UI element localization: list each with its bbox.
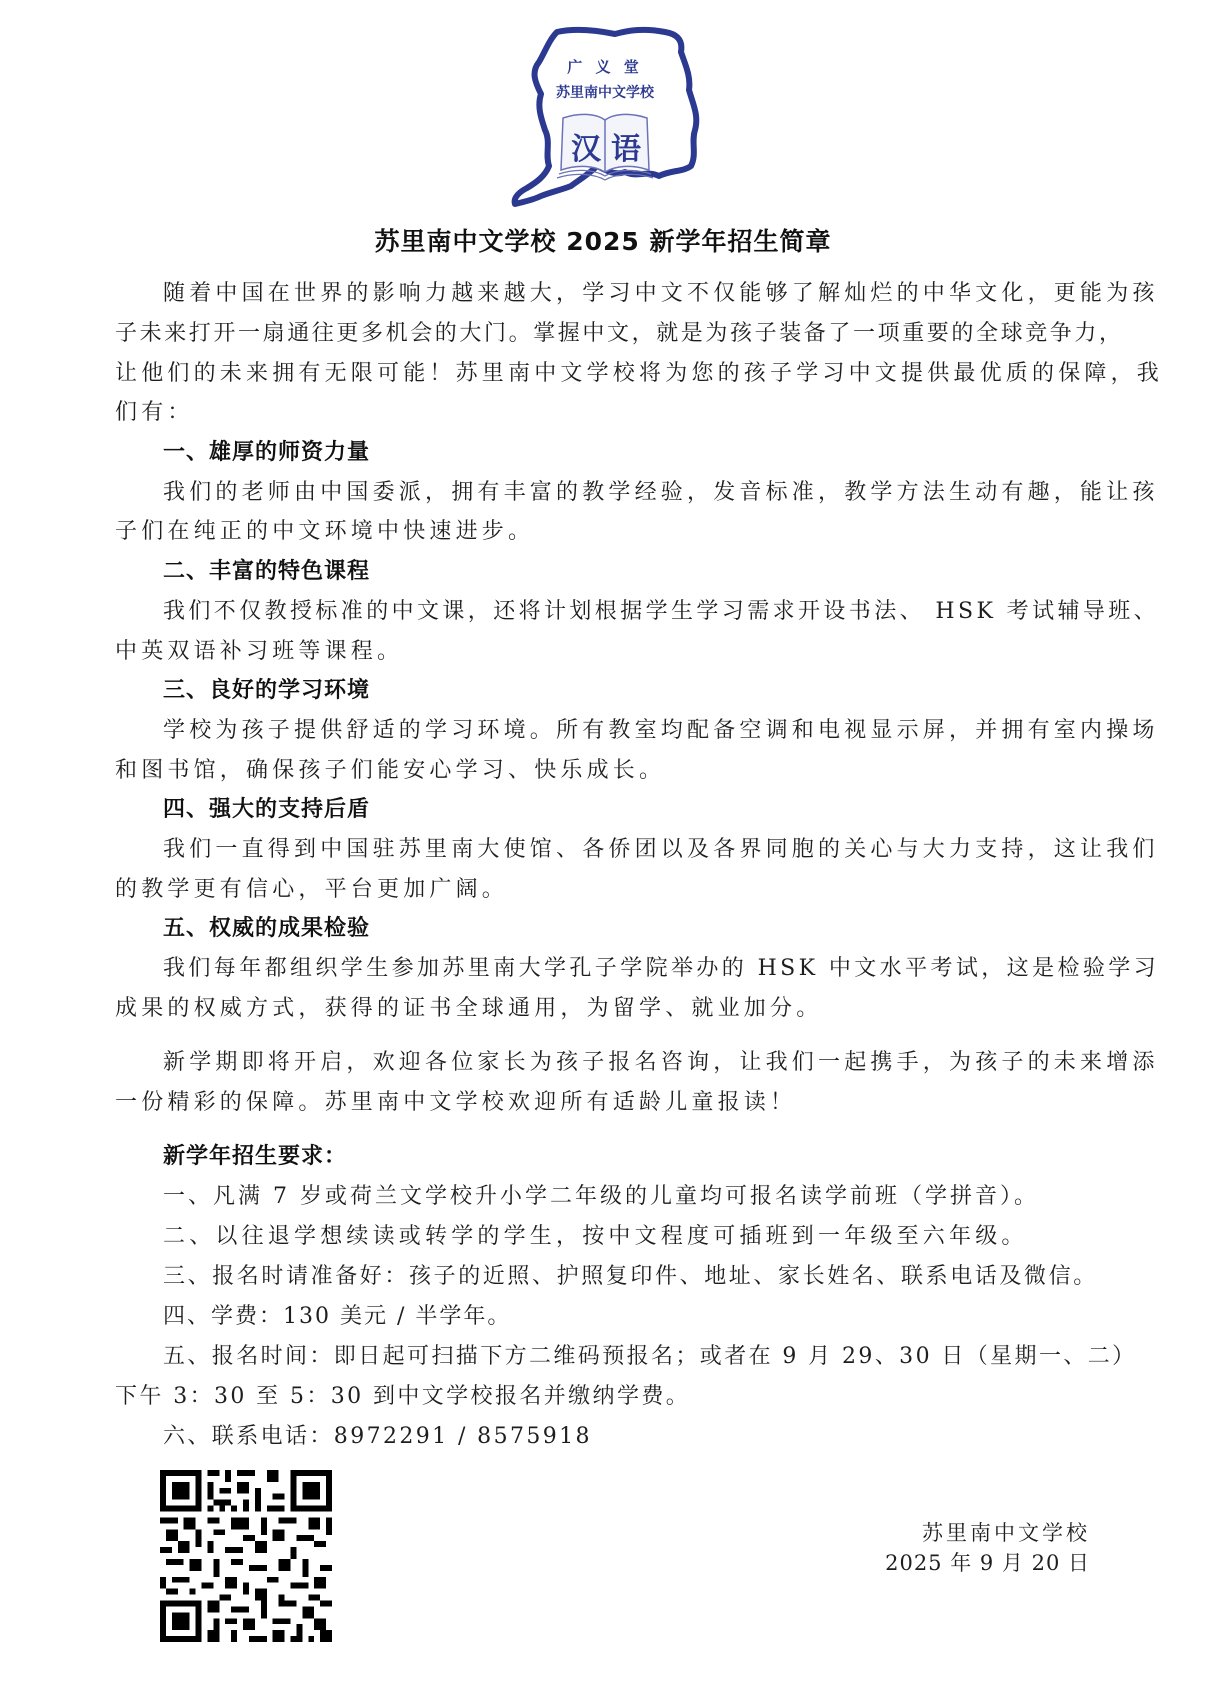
requirement-item: 二、以往退学想续读或转学的学生，按中文程度可插班到一年级至六年级。	[163, 1222, 1095, 1252]
requirement-item-contact-phone: 六、联系电话：8972291 / 8575918	[163, 1422, 1095, 1452]
suriname-map-outline-icon	[505, 20, 705, 210]
closing-line: 新学期即将开启，欢迎各位家长为孩子报名咨询，让我们一起携手，为孩子的未来增添	[163, 1048, 1095, 1078]
intro-line: 让他们的未来拥有无限可能！苏里南中文学校将为您的孩子学习中文提供最优质的保障，我	[115, 359, 1095, 389]
logo-school-text: 苏里南中文学校	[505, 82, 705, 102]
requirement-item-registration-time-cont: 下午 3：30 至 5：30 到中文学校报名并缴纳学费。	[115, 1382, 1095, 1412]
signature-school: 苏里南中文学校	[922, 1519, 1090, 1547]
document-title: 苏里南中文学校 2025 新学年招生简章	[0, 222, 1206, 258]
section-heading-results: 五、权威的成果检验	[163, 914, 370, 944]
requirement-item-fee: 四、学费：130 美元 / 半学年。	[163, 1302, 1095, 1332]
section-line: 和图书馆，确保孩子们能安心学习、快乐成长。	[115, 756, 1095, 786]
section-line: 中英双语补习班等课程。	[115, 637, 1095, 667]
school-logo: 广 义 堂 苏里南中文学校 汉 语	[505, 20, 705, 210]
section-heading-support: 四、强大的支持后盾	[163, 795, 370, 825]
section-line: 学校为孩子提供舒适的学习环境。所有教室均配备空调和电视显示屏，并拥有室内操场	[163, 716, 1095, 746]
requirements-heading: 新学年招生要求：	[163, 1142, 347, 1172]
signature-date: 2025 年 9 月 20 日	[885, 1549, 1090, 1577]
section-line: 子们在纯正的中文环境中快速进步。	[115, 517, 1095, 547]
qr-code-icon	[160, 1469, 332, 1643]
requirement-item: 三、报名时请准备好：孩子的近照、护照复印件、地址、家长姓名、联系电话及微信。	[163, 1262, 1095, 1292]
intro-line: 随着中国在世界的影响力越来越大，学习中文不仅能够了解灿烂的中华文化，更能为孩	[163, 279, 1095, 309]
logo-top-text: 广 义 堂	[505, 56, 705, 77]
closing-line: 一份精彩的保障。苏里南中文学校欢迎所有适龄儿童报读！	[115, 1088, 1095, 1118]
recruitment-notice-page: 广 义 堂 苏里南中文学校 汉 语 苏里南中文学校 2025 新学年招生简章 随…	[0, 0, 1206, 1691]
section-heading-environment: 三、良好的学习环境	[163, 676, 370, 706]
section-line: 的教学更有信心，平台更加广阔。	[115, 875, 1095, 905]
section-line: 我们每年都组织学生参加苏里南大学孔子学院举办的 HSK 中文水平考试，这是检验学…	[163, 954, 1095, 984]
intro-line: 们有：	[115, 398, 1095, 428]
section-line: 我们的老师由中国委派，拥有丰富的教学经验，发音标准，教学方法生动有趣，能让孩	[163, 478, 1095, 508]
registration-qr-code[interactable]	[160, 1469, 332, 1643]
requirement-item-registration-time: 五、报名时间：即日起可扫描下方二维码预报名；或者在 9 月 29、30 日（星期…	[163, 1342, 1095, 1372]
section-line: 成果的权威方式，获得的证书全球通用，为留学、就业加分。	[115, 994, 1095, 1024]
section-heading-courses: 二、丰富的特色课程	[163, 557, 370, 587]
section-line: 我们不仅教授标准的中文课，还将计划根据学生学习需求开设书法、 HSK 考试辅导班…	[163, 597, 1095, 627]
logo-book-char-right: 语	[611, 124, 641, 168]
section-heading-faculty: 一、雄厚的师资力量	[163, 438, 370, 468]
requirement-item: 一、凡满 7 岁或荷兰文学校升小学二年级的儿童均可报名读学前班（学拼音）。	[163, 1182, 1095, 1212]
intro-line: 子未来打开一扇通往更多机会的大门。掌握中文，就是为孩子装备了一项重要的全球竞争力…	[115, 319, 1095, 349]
logo-book-char-left: 汉	[571, 124, 601, 168]
section-line: 我们一直得到中国驻苏里南大使馆、各侨团以及各界同胞的关心与大力支持，这让我们	[163, 835, 1095, 865]
